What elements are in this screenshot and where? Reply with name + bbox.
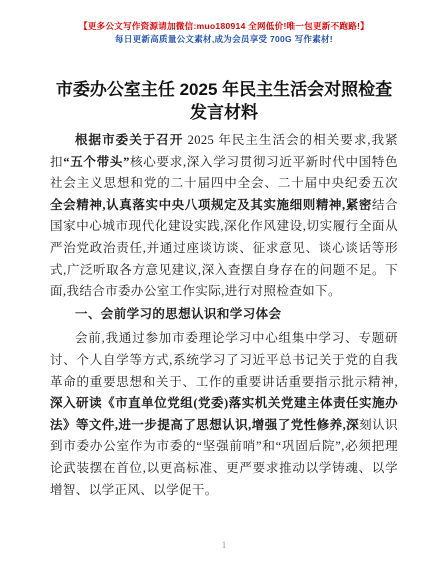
- document-title: 市委办公室主任 2025 年民主生活会对照检查发言材料: [50, 78, 398, 124]
- document-body: 根据市委关于召开 2025 年民主生活会的相关要求,我紧扣“五个带头”核心要求,…: [50, 130, 398, 501]
- body-paragraph: 会前,我通过参加市委理论学习中心组集中学习、专题研讨、个人自学等方式,系统学习了…: [50, 328, 398, 501]
- text-run: 结合国家中心城市现代化建设实践,深化作风建设,切实履行全面从严治党政治责任,并通…: [50, 198, 398, 298]
- bold-text-run: 深入研读《市直单位党组(党委)落实机关党建主体责任实施办法》等文件,进一步提高了…: [50, 396, 398, 432]
- body-paragraph: 根据市委关于召开 2025 年民主生活会的相关要求,我紧扣“五个带头”核心要求,…: [50, 130, 398, 303]
- bold-text-run: 一、会前学习的思想认识和学习体会: [75, 307, 281, 321]
- text-run: 会前,我通过参加市委理论学习中心组集中学习、专题研讨、个人自学等方式,系统学习了…: [50, 331, 398, 388]
- document-page: 【更多公文写作资源请加微信:muo180914 全网低价!唯一包更新不跑路!】 …: [0, 0, 448, 580]
- section-heading: 一、会前学习的思想认识和学习体会: [50, 304, 398, 326]
- bold-text-run: “五个带头”: [63, 155, 130, 169]
- bold-text-run: 全会精神,认真落实中央八项规定及其实施细则精神,紧密: [50, 198, 372, 212]
- promo-line-2: 每日更新高质量公文素材,成为会员享受 700G 写作素材!: [50, 33, 398, 46]
- page-number: 1: [0, 540, 448, 550]
- promo-line-1: 【更多公文写作资源请加微信:muo180914 全网低价!唯一包更新不跑路!】: [50, 20, 398, 33]
- bold-text-run: 根据市委关于召开: [75, 133, 183, 147]
